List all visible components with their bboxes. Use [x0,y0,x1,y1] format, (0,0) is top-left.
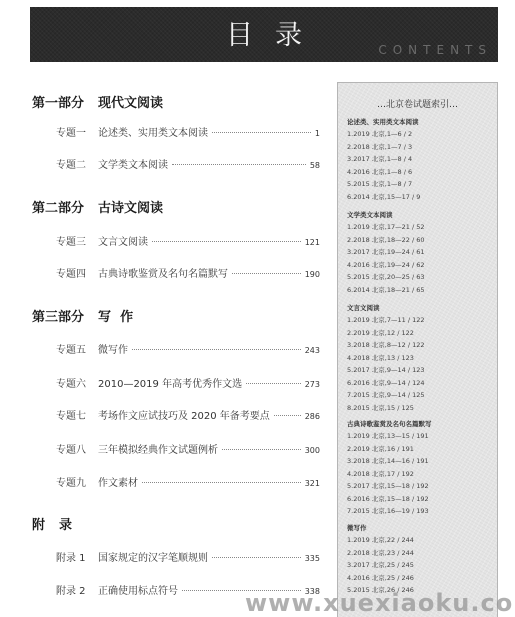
index-item[interactable]: 5.2017 北京,9—14 / 123 [347,364,497,377]
leader-dots [132,349,301,350]
part-heading: 第三部分写 作 [32,306,133,325]
topic-name: 古典诗歌鉴赏及名句名篇默写 [98,265,228,280]
toc-entry[interactable]: 专题六 2010—2019 年高考优秀作文选 273 [56,375,320,389]
leader-dots [142,482,301,483]
index-item[interactable]: 7.2015 北京,16—19 / 193 [347,505,497,518]
toc-entry[interactable]: 专题九 作文素材 321 [56,474,320,488]
index-item[interactable]: 2.2019 北京,16 / 191 [347,443,497,456]
index-group-title: 古典诗歌鉴赏及名句名篇默写 [347,419,497,430]
index-group: 文学类文本阅读 1.2019 北京,17—21 / 52 2.2018 北京,1… [347,210,497,296]
index-item[interactable]: 5.2015 北京,20—25 / 63 [347,271,497,284]
topic-number: 专题八 [56,441,90,456]
leader-dots [172,164,306,165]
index-group: 古典诗歌鉴赏及名句名篇默写 1.2019 北京,13—15 / 191 2.20… [347,419,497,518]
topic-name: 国家规定的汉字笔顺规则 [98,549,208,564]
index-title: …北京卷试题索引… [338,97,497,110]
page-number: 335 [305,554,320,563]
page-number: 121 [305,238,320,247]
part-label: 第一部分 [32,96,84,111]
leader-dots [212,132,311,133]
topic-number: 专题五 [56,341,90,356]
page-number: 1 [315,129,320,138]
index-item[interactable]: 1.2019 北京,1—6 / 2 [347,128,497,141]
index-group-title: 文言文阅读 [347,303,497,314]
page-number: 58 [310,161,320,170]
index-item[interactable]: 1.2019 北京,7—11 / 122 [347,314,497,327]
topic-name: 2010—2019 年高考优秀作文选 [98,375,242,390]
index-item[interactable]: 3.2017 北京,1—8 / 4 [347,153,497,166]
page-subtitle: CONTENTS [378,43,492,57]
index-group: 文言文阅读 1.2019 北京,7—11 / 122 2.2019 北京,12 … [347,303,497,414]
part-label: 第二部分 [32,201,84,216]
leader-dots [152,241,301,242]
topic-name: 微写作 [98,341,128,356]
topic-number: 专题七 [56,407,90,422]
topic-number: 专题六 [56,375,90,390]
index-item[interactable]: 6.2016 北京,15—18 / 192 [347,493,497,506]
toc-entry[interactable]: 专题三 文言文阅读 121 [56,233,320,247]
topic-name: 考场作文应试技巧及 2020 年备考要点 [98,407,270,422]
toc-entry[interactable]: 专题七 考场作文应试技巧及 2020 年备考要点 286 [56,407,320,421]
part-name: 现代文阅读 [98,96,163,111]
toc-entry[interactable]: 附录 1 国家规定的汉字笔顺规则 335 [56,549,320,563]
index-item[interactable]: 1.2019 北京,22 / 244 [347,534,497,547]
toc-entry[interactable]: 专题四 古典诗歌鉴赏及名句名篇默写 190 [56,265,320,279]
index-group: 微写作 1.2019 北京,22 / 244 2.2018 北京,23 / 24… [347,523,497,597]
topic-number: 附录 1 [56,549,90,564]
topic-number: 附录 2 [56,582,90,597]
index-item[interactable]: 2.2018 北京,18—22 / 60 [347,234,497,247]
topic-name: 文学类文本阅读 [98,156,168,171]
topic-name: 论述类、实用类文本阅读 [98,124,208,139]
topic-number: 专题一 [56,124,90,139]
part-label: 第三部分 [32,310,84,325]
part-label: 附 [32,518,45,533]
index-item[interactable]: 2.2018 北京,23 / 244 [347,547,497,560]
topic-name: 作文素材 [98,474,138,489]
part-name: 古诗文阅读 [98,201,163,216]
toc-entry[interactable]: 专题五 微写作 243 [56,341,320,355]
index-item[interactable]: 2.2018 北京,1—7 / 3 [347,141,497,154]
topic-name: 正确使用标点符号 [98,582,178,597]
page-number: 273 [305,380,320,389]
topic-number: 专题九 [56,474,90,489]
index-item[interactable]: 3.2017 北京,25 / 245 [347,559,497,572]
topic-number: 专题四 [56,265,90,280]
toc-entry[interactable]: 专题八 三年模拟经典作文试题例析 300 [56,441,320,455]
leader-dots [246,383,301,384]
part-heading: 附录 [32,514,72,533]
topic-number: 专题二 [56,156,90,171]
page-number: 243 [305,346,320,355]
index-item[interactable]: 5.2015 北京,1—8 / 7 [347,178,497,191]
index-group-title: 微写作 [347,523,497,534]
index-item[interactable]: 3.2018 北京,8—12 / 122 [347,339,497,352]
index-item[interactable]: 4.2018 北京,13 / 123 [347,352,497,365]
page-number: 190 [305,270,320,279]
leader-dots [212,557,301,558]
leader-dots [274,415,301,416]
index-group-title: 文学类文本阅读 [347,210,497,221]
index-item[interactable]: 6.2016 北京,9—14 / 124 [347,377,497,390]
toc-entry[interactable]: 专题二 文学类文本阅读 58 [56,156,320,170]
part-heading: 第二部分古诗文阅读 [32,197,163,216]
index-group-title: 论述类、实用类文本阅读 [347,117,497,128]
leader-dots [222,449,301,450]
page-number: 321 [305,479,320,488]
part-name: 写 作 [98,310,133,325]
topic-name: 文言文阅读 [98,233,148,248]
toc-entry[interactable]: 专题一 论述类、实用类文本阅读 1 [56,124,320,138]
index-item[interactable]: 6.2014 北京,15—17 / 9 [347,191,497,204]
contents-header: 目录 CONTENTS [30,7,498,62]
part-name: 录 [59,518,72,533]
index-item[interactable]: 5.2017 北京,15—18 / 192 [347,480,497,493]
index-group: 论述类、实用类文本阅读 1.2019 北京,1—6 / 2 2.2018 北京,… [347,117,497,203]
beijing-exam-index: …北京卷试题索引… 论述类、实用类文本阅读 1.2019 北京,1—6 / 2 … [337,82,498,617]
index-item[interactable]: 4.2018 北京,17 / 192 [347,468,497,481]
part-heading: 第一部分现代文阅读 [32,92,163,111]
index-item[interactable]: 8.2015 北京,15 / 125 [347,402,497,415]
index-item[interactable]: 4.2016 北京,19—24 / 62 [347,259,497,272]
topic-number: 专题三 [56,233,90,248]
index-item[interactable]: 4.2016 北京,1—8 / 6 [347,166,497,179]
watermark: www.xuexiaoku.com [245,589,515,617]
index-item[interactable]: 1.2019 北京,13—15 / 191 [347,430,497,443]
index-item[interactable]: 3.2017 北京,19—24 / 61 [347,246,497,259]
page-number: 300 [305,446,320,455]
index-item[interactable]: 7.2015 北京,9—14 / 125 [347,389,497,402]
index-item[interactable]: 3.2018 北京,14—16 / 191 [347,455,497,468]
topic-name: 三年模拟经典作文试题例析 [98,441,218,456]
leader-dots [232,273,301,274]
index-item[interactable]: 2.2019 北京,12 / 122 [347,327,497,340]
page-number: 286 [305,412,320,421]
index-item[interactable]: 6.2014 北京,18—21 / 65 [347,284,497,297]
index-item[interactable]: 4.2016 北京,25 / 246 [347,572,497,585]
index-item[interactable]: 1.2019 北京,17—21 / 52 [347,221,497,234]
